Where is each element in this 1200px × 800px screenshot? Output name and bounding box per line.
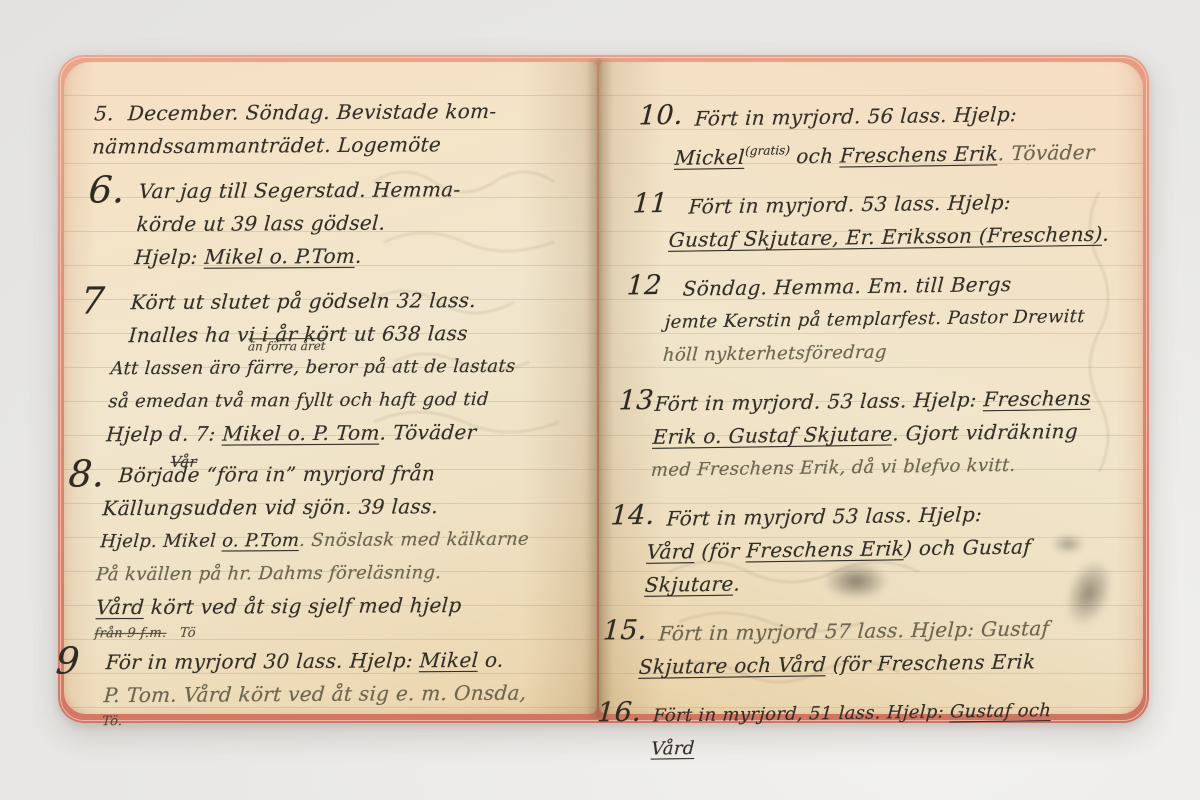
handwriting-segment: Var jag till Segerstad. Hemma- xyxy=(138,177,461,203)
entry-body: Var jag till Segerstad. Hemma- körde ut … xyxy=(133,173,574,275)
handwriting-line: Gustaf Skjutare, Er. Eriksson (Freschens… xyxy=(668,218,1116,257)
handwriting-line: höll nykterhetsföredrag xyxy=(662,333,1108,372)
diary-entry-13: 13 Fört in myrjord. 53 lass. Hjelp: Fres… xyxy=(614,382,1104,488)
right-page-text: 10. Fört in myrjord. 56 lass. Hjelp: Mic… xyxy=(553,62,1143,714)
handwriting-line: För in myrjord 30 lass. Hjelp: Mikel o. xyxy=(105,644,542,680)
handwriting-segment: P. Tom. Vård kört ved åt sig e. m. Onsda… xyxy=(103,681,527,708)
handwriting-segment: Inalles ha vi i år kört ut 638 lass xyxy=(128,321,469,347)
handwriting-line: Kört ut slutet på gödseln 32 lass. xyxy=(130,284,567,320)
handwriting-segment: o. xyxy=(478,648,505,672)
handwriting-segment: Fört in myrjord 57 lass. Hjelp: Gustaf xyxy=(658,616,1050,645)
entry-number: 7 xyxy=(80,282,106,319)
diary-entry-7: 7 än förra året Vår Kört ut slutet på gö… xyxy=(71,284,567,452)
handwriting-line: Fört in myrjord, 51 lass. Hjelp: Gustaf … xyxy=(650,694,1082,766)
handwriting-line: nämndssammanträdet. Logemöte xyxy=(91,128,578,164)
entry-number: 12 xyxy=(626,271,663,301)
entry-number: 8. xyxy=(68,455,106,492)
handwriting-segment: Tö xyxy=(179,626,196,641)
handwriting-segment-underlined: Mickel xyxy=(674,145,746,170)
handwriting-segment: Började “föra in” myrjord från xyxy=(118,461,436,487)
handwriting-segment-underlined: Vård xyxy=(95,595,145,619)
handwriting-line: Tö. xyxy=(101,710,537,733)
handwriting-line: Var jag till Segerstad. Hemma- xyxy=(138,173,575,209)
handwriting-segment: Källungsudden vid sjön. 39 lass. xyxy=(102,494,439,520)
handwriting-line: Hjelp d. 7: Mikel o. P. Tom. Töväder xyxy=(105,416,558,452)
handwriting-line: Började “föra in” myrjord från xyxy=(118,457,555,493)
left-page: 5.December. Söndag. Bevistade kom- nämnd… xyxy=(64,62,597,714)
handwriting-segment: Hjelp. Mikel xyxy=(100,531,223,553)
handwriting-segment: körde ut 39 lass gödsel. xyxy=(136,211,386,237)
handwriting-segment-underlined: o. P.Tom xyxy=(222,530,300,551)
handwriting-line: Hjelp: Mikel o. P.Tom. xyxy=(133,239,570,275)
entry-body: Började “föra in” myrjord från Källungsu… xyxy=(108,457,555,645)
diary-entry-5: 5.December. Söndag. Bevistade kom- nämnd… xyxy=(91,95,580,164)
entry-number: 6. xyxy=(88,171,126,208)
diary-entry-15: 15. Fört in myrjord 57 lass. Hjelp: Gust… xyxy=(600,612,1088,685)
handwriting-segment: kört ved åt sig sjelf med hjelp xyxy=(144,593,463,619)
photo-background: 5.December. Söndag. Bevistade kom- nämnd… xyxy=(0,0,1200,800)
entry-body: Fört in myrjord 57 lass. Hjelp: Gustaf S… xyxy=(656,612,1088,684)
right-page: 10. Fört in myrjord. 56 lass. Hjelp: Mic… xyxy=(599,62,1143,714)
entry-body: 5.December. Söndag. Bevistade kom- nämnd… xyxy=(91,95,580,164)
handwriting-segment-struck: från 9 f.m. xyxy=(94,626,167,641)
handwriting-segment-underlined: Freschens xyxy=(983,386,1092,411)
handwriting-segment: . Snöslask med kälkarne xyxy=(299,529,530,551)
handwriting-line: Vård kört ved åt sig sjelf med hjelp xyxy=(95,589,546,625)
handwriting-line: Att lassen äro färre, beror på att de la… xyxy=(109,350,562,386)
handwriting-line: med Freschens Erik, då vi blefvo kvitt. xyxy=(650,448,1100,487)
entry-body: Fört in myrjord. 56 lass. Hjelp: Mickel(… xyxy=(692,97,1124,175)
handwriting-superscript: (gratis) xyxy=(745,143,791,158)
handwriting-segment: ) och Gustaf xyxy=(904,534,1032,560)
entry-number: 13 xyxy=(618,386,655,416)
entry-number: 11 xyxy=(632,189,669,219)
handwriting-line: På kvällen på hr. Dahms föreläsning. xyxy=(95,556,548,592)
handwriting-line: Inalles ha vi i år kört ut 638 lass xyxy=(128,317,565,353)
handwriting-line: Vård (för Freschens Erik) och Gustaf Skj… xyxy=(644,530,1094,602)
handwriting-segment: Tö. xyxy=(102,714,123,729)
handwriting-segment-underlined: Freschens Erik xyxy=(746,536,905,562)
entry-body: Fört in myrjord. 53 lass. Hjelp: Fresche… xyxy=(670,382,1104,487)
handwriting-segment: Fört in myrjord. 53 lass. Hjelp: xyxy=(654,387,984,416)
handwriting-line: Skjutare och Vård (för Freschens Erik xyxy=(638,645,1086,684)
handwriting-segment: Fört in myrjord. 56 lass. Hjelp: xyxy=(694,102,1018,130)
entry-number: 5. xyxy=(94,101,115,125)
handwriting-segment: (för xyxy=(694,538,747,563)
handwriting-segment: Fört in myrjord. 53 lass. Hjelp: xyxy=(688,190,1012,218)
entry-body: För in myrjord 30 lass. Hjelp: Mikel o. … xyxy=(101,644,542,733)
handwriting-segment: . xyxy=(1102,222,1110,246)
handwriting-segment: höll nykterhetsföredrag xyxy=(662,342,887,366)
handwriting-segment xyxy=(166,626,180,641)
handwriting-segment: Hjelp d. 7: xyxy=(106,422,224,447)
handwriting-segment-underlined: Gustaf Skjutare, Er. Eriksson (Freschens… xyxy=(668,222,1103,252)
handwriting-segment: (för Freschens Erik xyxy=(826,649,1037,676)
handwriting-segment: . xyxy=(355,244,363,268)
handwriting-line: Erik o. Gustaf Skjutare. Gjort vidräknin… xyxy=(652,415,1102,454)
handwriting-line: 5.December. Söndag. Bevistade kom- xyxy=(93,95,580,131)
handwriting-line: Källungsudden vid sjön. 39 lass. xyxy=(101,490,552,526)
entry-number: 14. xyxy=(610,501,656,532)
handwriting-segment-underlined: Vård xyxy=(646,539,695,564)
handwriting-segment: Fört in myrjord 53 lass. Hjelp: xyxy=(666,502,983,530)
diary-entry-9: 9 För in myrjord 30 lass. Hjelp: Mikel o… xyxy=(51,644,542,733)
entry-number: 16. xyxy=(596,698,642,729)
diary-entry-14: 14. Fört in myrjord 53 lass. Hjelp: Vård… xyxy=(606,497,1096,603)
handwriting-segment: Hjelp: xyxy=(134,245,205,269)
entry-body: Fört in myrjord, 51 lass. Hjelp: Gustaf … xyxy=(650,694,1082,766)
handwriting-segment: Att lassen äro färre, beror på att de la… xyxy=(110,356,516,379)
handwriting-line: P. Tom. Vård kört ved åt sig e. m. Onsda… xyxy=(103,677,540,713)
handwriting-segment: så emedan två man fyllt och haft god tid xyxy=(108,389,490,412)
entry-body: Kört ut slutet på gödseln 32 lass. Inall… xyxy=(121,284,567,452)
handwriting-segment-underlined: Skjutare xyxy=(644,572,734,597)
diary-entry-6: 6. Var jag till Segerstad. Hemma- körde … xyxy=(83,173,575,275)
entry-body: Fört in myrjord 53 lass. Hjelp: Vård (fö… xyxy=(662,497,1096,602)
entry-number: 9 xyxy=(55,642,81,679)
handwriting-segment: . Gjort vidräkning xyxy=(892,419,1079,446)
handwriting-segment-underlined: Skjutare och Vård xyxy=(638,652,827,679)
diary-entry-11: 11 Fört in myrjord. 53 lass. Hjelp: Gust… xyxy=(630,185,1118,258)
handwriting-segment-underlined: Erik o. Gustaf Skjutare xyxy=(652,422,893,449)
left-page-text: 5.December. Söndag. Bevistade kom- nämnd… xyxy=(18,62,597,714)
handwriting-line: körde ut 39 lass gödsel. xyxy=(136,206,573,242)
handwriting-segment: För in myrjord 30 lass. Hjelp: xyxy=(105,648,420,674)
handwriting-segment: Söndag. Hemma. Em. till Bergs xyxy=(682,272,1012,301)
entry-body: Fört in myrjord. 53 lass. Hjelp: Gustaf … xyxy=(686,185,1118,257)
handwriting-segment: . Töväder xyxy=(997,140,1095,165)
handwriting-segment-underlined: Freschens Erik xyxy=(839,141,998,167)
entry-body: Söndag. Hemma. Em. till Bergs jemte Kers… xyxy=(678,267,1112,372)
handwriting-line: jemte Kerstin på templarfest. Pastor Dre… xyxy=(664,300,1110,339)
handwriting-segment: nämndssammanträdet. Logemöte xyxy=(91,132,441,158)
diary-entry-12: 12 Söndag. Hemma. Em. till Bergs jemte K… xyxy=(622,267,1112,373)
handwriting-segment-underlined: Mikel xyxy=(419,648,479,672)
handwriting-line: Mickel(gratis) och Freschens Erik. Töväd… xyxy=(674,130,1123,175)
handwriting-segment: . xyxy=(733,572,741,596)
handwriting-segment-underlined: Mikel o. P.Tom xyxy=(204,244,356,269)
notebook: 5.December. Söndag. Bevistade kom- nämnd… xyxy=(58,55,1149,723)
handwriting-segment: . Töväder xyxy=(379,420,477,445)
diary-entry-16: 16. Fört in myrjord, 51 lass. Hjelp: Gus… xyxy=(594,694,1082,767)
handwriting-segment: På kvällen på hr. Dahms föreläsning. xyxy=(96,562,442,585)
entry-number: 10. xyxy=(638,101,684,132)
handwriting-segment: Fört in myrjord, 51 lass. Hjelp: xyxy=(652,701,950,726)
handwriting-segment: December. Söndag. Bevistade kom- xyxy=(127,99,497,125)
handwriting-segment: jemte Kerstin på templarfest. Pastor Dre… xyxy=(664,306,1085,333)
handwriting-segment-underlined: Mikel o. P. Tom xyxy=(222,421,381,446)
handwriting-segment: Kört ut slutet på gödseln 32 lass. xyxy=(130,288,477,314)
diary-entry-8: 8. Började “föra in” myrjord från Källun… xyxy=(58,457,555,645)
diary-entry-10: 10. Fört in myrjord. 56 lass. Hjelp: Mic… xyxy=(636,97,1124,176)
handwriting-segment: och xyxy=(789,144,841,169)
handwriting-segment: med Freschens Erik, då vi blefvo kvitt. xyxy=(650,455,1016,481)
handwriting-line: Hjelp. Mikel o. P.Tom. Snöslask med kälk… xyxy=(99,523,550,559)
handwriting-line: så emedan två man fyllt och haft god tid xyxy=(107,383,560,419)
entry-number: 15. xyxy=(602,616,648,647)
handwriting-line: från 9 f.m. Tö xyxy=(94,622,544,645)
